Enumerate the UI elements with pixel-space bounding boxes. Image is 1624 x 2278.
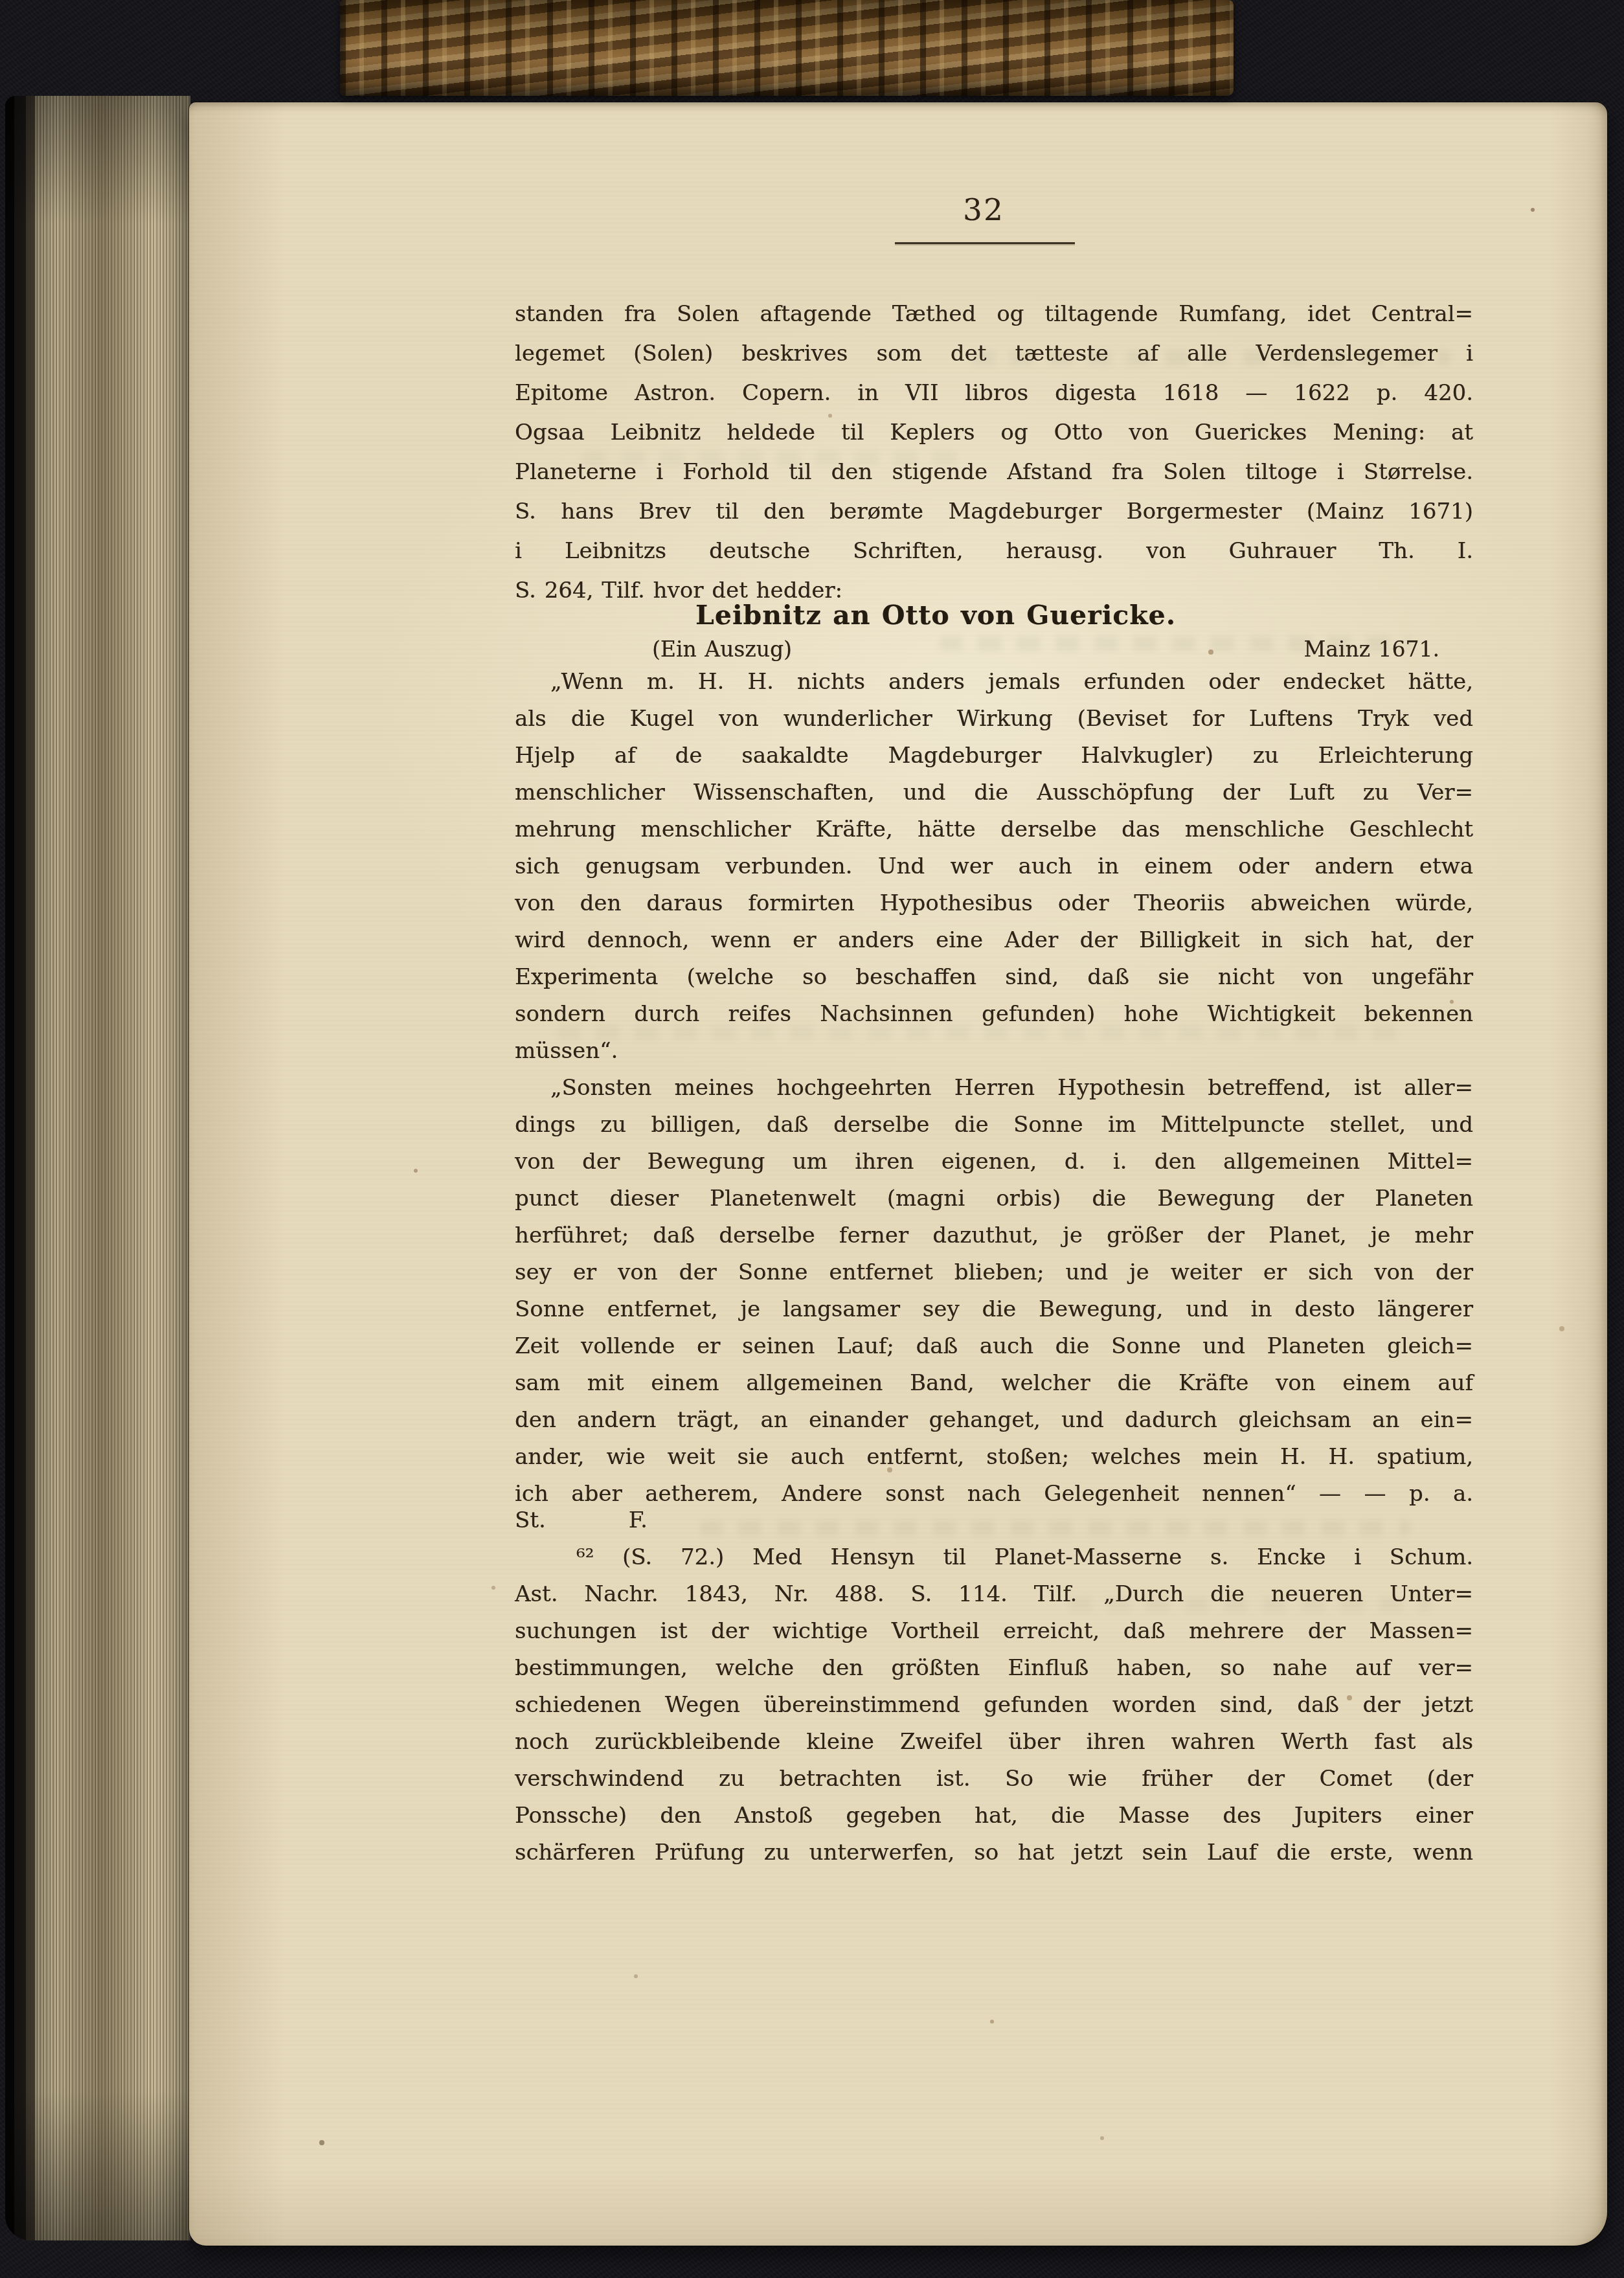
text-line: sich genugsam verbunden. Und wer auch in…: [515, 848, 1473, 885]
text-line: i Leibnitzs deutsche Schriften, herausg.…: [515, 532, 1473, 571]
subtitle-dateline: Mainz 1671.: [1303, 635, 1439, 664]
text-line: den andern trägt, an einander gehanget, …: [515, 1402, 1473, 1439]
text-line: Planeterne i Forhold til den stigende Af…: [515, 453, 1473, 492]
subtitle-excerpt: (Ein Auszug): [652, 635, 792, 664]
text-line: „Wenn m. H. H. nichts anders jemals erfu…: [515, 664, 1473, 701]
text-line: schärferen Prüfung zu unterwerfen, so ha…: [515, 1834, 1473, 1871]
letter-subtitle-row: (Ein Auszug) Mainz 1671.: [515, 635, 1473, 664]
text-line: sam mit einem allgemeinen Band, welcher …: [515, 1365, 1473, 1402]
text-line: herführet; daß derselbe ferner dazuthut,…: [515, 1217, 1473, 1254]
text-line: standen fra Solen aftagende Tæthed og ti…: [515, 295, 1473, 334]
text-line: „Sonsten meines hochgeehrten Herren Hypo…: [515, 1070, 1473, 1107]
text-line: suchungen ist der wichtige Vortheil erre…: [515, 1613, 1473, 1650]
text-line: noch zurückbleibende kleine Zweifel über…: [515, 1724, 1473, 1761]
text-line: sey er von der Sonne entfernet blieben; …: [515, 1254, 1473, 1291]
text-line: Ogsaa Leibnitz heldede til Keplers og Ot…: [515, 413, 1473, 453]
text-line: Epitome Astron. Copern. in VII libros di…: [515, 374, 1473, 413]
text-line: ander, wie weit sie auch entfernt, stoße…: [515, 1439, 1473, 1476]
text-line: legemet (Solen) beskrives som det tættes…: [515, 334, 1473, 374]
text-line: müssen“.: [515, 1033, 1473, 1070]
text-line: ⁶² (S. 72.) Med Hensyn til Planet-Masser…: [515, 1539, 1473, 1576]
text-line: mehrung menschlicher Kräfte, hätte derse…: [515, 811, 1473, 848]
paragraph-note-62: ⁶² (S. 72.) Med Hensyn til Planet-Masser…: [515, 1539, 1473, 1871]
text-line: menschlicher Wissenschaften, und die Aus…: [515, 774, 1473, 811]
paragraph-intro: standen fra Solen aftagende Tæthed og ti…: [515, 295, 1473, 611]
text-line: Hjelp af de saakaldte Magdeburger Halvku…: [515, 738, 1473, 774]
text-line: von der Bewegung um ihren eigenen, d. i.…: [515, 1144, 1473, 1180]
book-scan-backdrop: 32 standen fra Solen aftagende Tæthed og…: [0, 0, 1624, 2278]
text-line: ich aber aetherem, Andere sonst nach Gel…: [515, 1476, 1473, 1513]
text-line: von den daraus formirten Hypothesibus od…: [515, 885, 1473, 922]
text-line: als die Kugel von wunderlicher Wirkung (…: [515, 701, 1473, 738]
page-edges-stack: [5, 96, 190, 2240]
page-number-rule: [895, 242, 1075, 244]
text-line: Zeit vollende er seinen Lauf; daß auch d…: [515, 1328, 1473, 1365]
text-line: bestimmungen, welche den größten Einfluß…: [515, 1650, 1473, 1687]
book-page: 32 standen fra Solen aftagende Tæthed og…: [189, 102, 1607, 2246]
text-line: punct dieser Planetenwelt (magni orbis) …: [515, 1180, 1473, 1217]
text-line: sondern durch reifes Nachsinnen gefunden…: [515, 996, 1473, 1033]
text-line: verschwindend zu betrachten ist. So wie …: [515, 1761, 1473, 1798]
paragraph-letter-2: „Sonsten meines hochgeehrten Herren Hypo…: [515, 1070, 1473, 1513]
signature-f: F.: [629, 1507, 648, 1533]
text-line: Ponssche) den Anstoß gegeben hat, die Ma…: [515, 1798, 1473, 1834]
page-number: 32: [963, 188, 1004, 233]
paper-speckles: [189, 102, 192, 105]
page-header: 32: [515, 188, 1473, 244]
text-line: wird dennoch, wenn er anders eine Ader d…: [515, 922, 1473, 959]
signature-st: St.: [515, 1507, 546, 1533]
text-line: S. hans Brev til den berømte Magdeburger…: [515, 492, 1473, 532]
text-line: dings zu billigen, daß derselbe die Sonn…: [515, 1107, 1473, 1144]
text-body: standen fra Solen aftagende Tæthed og ti…: [515, 295, 1473, 1871]
text-line: Experimenta (welche so beschaffen sind, …: [515, 959, 1473, 996]
text-line: Sonne entfernet, je langsamer sey die Be…: [515, 1291, 1473, 1328]
text-line: Ast. Nachr. 1843, Nr. 488. S. 114. Tilf.…: [515, 1576, 1473, 1613]
text-line: schiedenen Wegen übereinstimmend gefunde…: [515, 1687, 1473, 1724]
paragraph-letter-1: „Wenn m. H. H. nichts anders jemals erfu…: [515, 664, 1473, 1070]
marbled-headband-decoration: [340, 0, 1234, 96]
